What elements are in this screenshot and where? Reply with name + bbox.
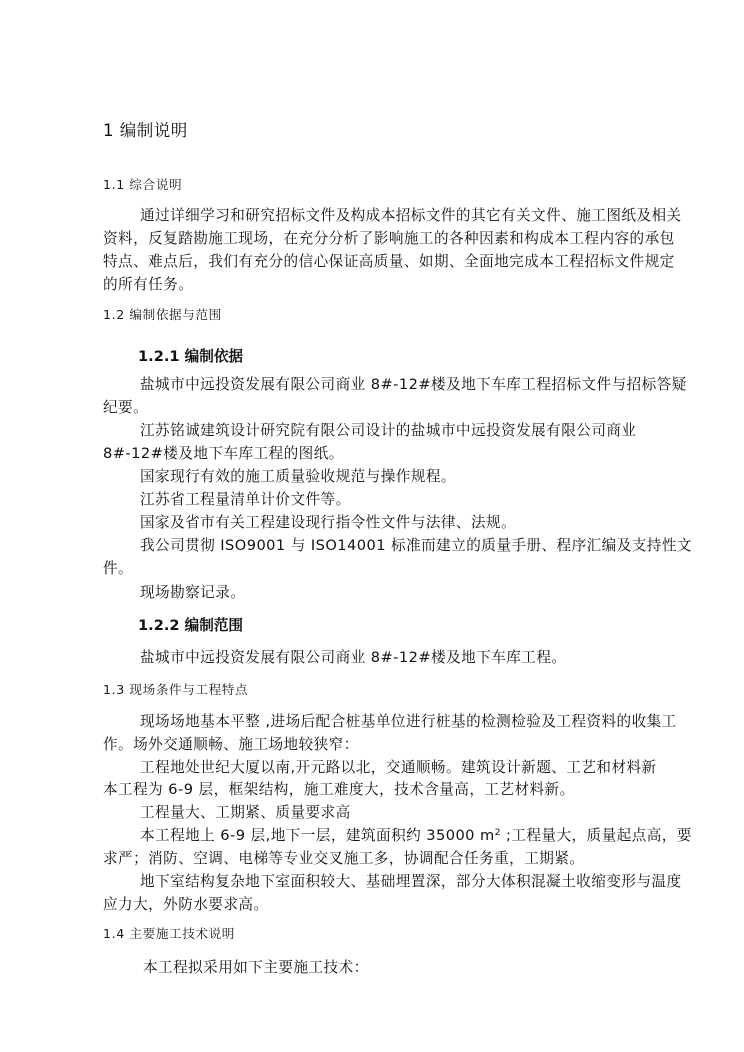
paragraph-line: 工程量大、工期紧、质量要求高 [140, 803, 351, 823]
paragraph-line: 资料，反复踏勘施工现场，在充分分析了影响施工的各种因素和构成本工程内容的承包 [103, 229, 675, 249]
paragraph-line: 作。场外交通顺畅、施工场地较狭窄： [103, 735, 359, 755]
subsection-title-1-2-1: 1.2.1 编制依据 [138, 347, 243, 367]
paragraph-line: 本工程为 6-9 层，框架结构，施工难度大，技术含量高，工艺材料新。 [103, 780, 575, 800]
paragraph-line: 地下室结构复杂地下室面积较大、基础埋置深，部分大体积混凝土收缩变形与温度 [140, 872, 682, 892]
paragraph-line: 本工程拟采用如下主要施工技术： [143, 958, 369, 978]
line-text: 本工程地上 6-9 层,地下一层，建筑面积约 35000 m [140, 827, 495, 844]
paragraph-line: 8#-12#楼及地下车库工程的图纸。 [103, 444, 344, 464]
paragraph-line: 江苏铭诚建筑设计研究院有限公司设计的盐城市中远投资发展有限公司商业 [140, 421, 636, 441]
paragraph-line: 纪要。 [103, 398, 148, 418]
paragraph-line: 工程地处世纪大厦以南,开元路以北，交通顺畅。建筑设计新题、工艺和材料新 [140, 758, 657, 778]
paragraph-line: 盐城市中远投资发展有限公司商业 8#-12#楼及地下车库工程。 [140, 648, 566, 668]
paragraph-line: 盐城市中远投资发展有限公司商业 8#-12#楼及地下车库工程招标文件与招标答疑 [140, 375, 687, 395]
paragraph-line: 特点、难点后，我们有充分的信心保证高质量、如期、全面地完成本工程招标文件规定 [103, 252, 675, 272]
section-title-1-1: 1.1 综合说明 [103, 176, 182, 194]
paragraph-line: 的所有任务。 [103, 275, 193, 295]
section-title-1-2: 1.2 编制依据与范围 [103, 306, 222, 324]
section-title-1-4: 1.4 主要施工技术说明 [103, 925, 235, 943]
paragraph-line: 现场勘察记录。 [140, 583, 245, 603]
paragraph-line: 江苏省工程量清单计价文件等。 [140, 490, 351, 510]
paragraph-line: 求严；消防、空调、电梯等专业交叉施工多，协调配合任务重，工期紧。 [103, 849, 584, 869]
paragraph-line: 国家现行有效的施工质量验收规范与操作规程。 [140, 467, 456, 487]
section-title-1-3: 1.3 现场条件与工程特点 [103, 681, 248, 699]
paragraph-line: 现场场地基本平整 ,进场后配合桩基单位进行桩基的检测检验及工程资料的收集工 [140, 712, 677, 732]
paragraph-line: 通过详细学习和研究招标文件及构成本招标文件的其它有关文件、施工图纸及相关 [140, 206, 682, 226]
paragraph-line: 件。 [103, 559, 133, 579]
subsection-title-1-2-2: 1.2.2 编制范围 [138, 616, 243, 636]
heading-1: 1 编制说明 [103, 120, 188, 142]
paragraph-line: 本工程地上 6-9 层,地下一层，建筑面积约 35000 m2 ;工程量大，质量… [140, 826, 692, 846]
paragraph-line: 国家及省市有关工程建设现行指令性文件与法律、法规。 [140, 513, 516, 533]
paragraph-line: 应力大，外防水要求高。 [103, 895, 268, 915]
line-text: ;工程量大，质量起点高，要 [501, 827, 692, 844]
paragraph-line: 我公司贯彻 ISO9001 与 ISO14001 标准而建立的质量手册、程序汇编… [140, 536, 692, 556]
